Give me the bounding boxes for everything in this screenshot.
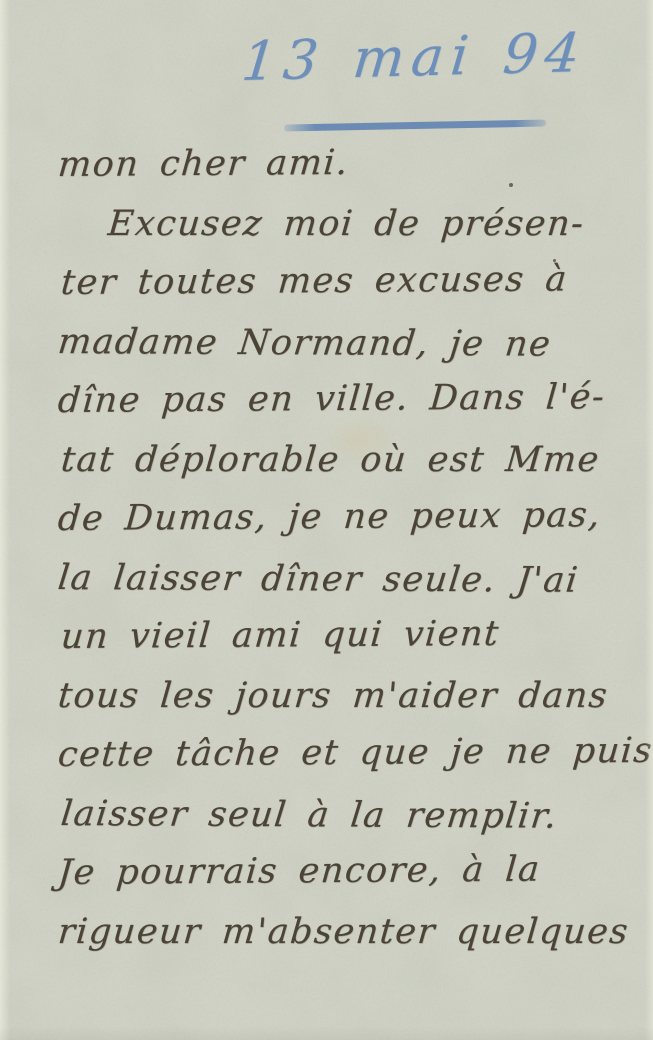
scan-edge-left bbox=[0, 0, 10, 1040]
letter-date: 13 mai 94 bbox=[239, 21, 590, 93]
body-line: la laisser dîner seule. J'ai bbox=[55, 549, 653, 611]
body-line: un vieil ami qui vient bbox=[59, 604, 653, 667]
date-underline bbox=[284, 119, 546, 131]
scan-edge-bottom bbox=[0, 1026, 653, 1040]
letter-body: mon cher ami. Excusez moi de présen- ter… bbox=[58, 136, 653, 962]
body-line: rigueur m'absenter quelques bbox=[55, 903, 653, 962]
salutation-line: mon cher ami. bbox=[56, 132, 653, 195]
body-line: ter toutes mes excuses à bbox=[59, 250, 653, 313]
body-line: madame Normand, je ne bbox=[55, 313, 653, 375]
body-line: cette tâche et que je ne puis bbox=[56, 722, 653, 785]
body-line: de Dumas, je ne peux pas, bbox=[56, 486, 653, 549]
body-line: Excusez moi de présen- bbox=[55, 195, 653, 254]
letter-page: 13 mai 94 mon cher ami. Excusez moi de p… bbox=[0, 0, 653, 1040]
body-line: tat déplorable où est Mme bbox=[58, 431, 653, 490]
body-line: Je pourrais encore, à la bbox=[56, 840, 653, 903]
body-line: laisser seul à la remplir. bbox=[58, 785, 653, 847]
body-line: tous les jours m'aider dans bbox=[55, 667, 653, 726]
body-line: dîne pas en ville. Dans l'é- bbox=[56, 368, 653, 431]
